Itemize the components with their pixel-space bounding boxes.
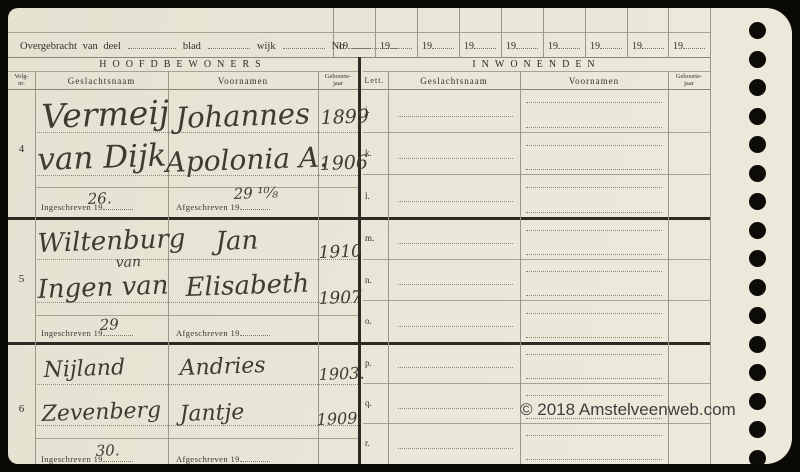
volgnr-value: 5 xyxy=(8,273,35,285)
letter-row-label: l. xyxy=(365,191,387,201)
section-title-inwonenden: INWONENDEN xyxy=(363,59,710,70)
punch-hole xyxy=(749,136,766,153)
ingeschreven-value: 26. xyxy=(87,191,111,207)
entry-geboortejaar: 1910 xyxy=(318,244,362,262)
volgnr-value: 4 xyxy=(8,143,35,155)
grid-line xyxy=(668,8,669,57)
column-header-geboortejaar-right: Geboorte- jaar xyxy=(668,73,710,87)
afgeschreven-label: Afgeschreven 19 xyxy=(176,326,270,338)
fill-in-line xyxy=(128,39,176,49)
writing-line xyxy=(398,201,513,202)
entry-geslachtsnaam: Zevenberg xyxy=(41,400,161,426)
year-cell: 19 xyxy=(380,39,412,57)
letter-row-label: k. xyxy=(365,148,387,158)
entry-geslachtsnaam: Nijland xyxy=(43,357,125,382)
column-header-geslachtsnaam-left: Geslachtsnaam xyxy=(35,76,168,86)
entry-geslachtsnaam: Vermeij xyxy=(41,96,170,133)
writing-line xyxy=(526,354,662,355)
writing-line xyxy=(398,367,513,368)
entry-voornamen: Elisabeth xyxy=(185,271,310,301)
writing-line xyxy=(526,295,662,296)
fill-in-line xyxy=(516,39,538,49)
letter-row-label: m. xyxy=(365,233,387,243)
grid-line xyxy=(388,71,389,464)
writing-line xyxy=(398,284,513,285)
entry-geboortejaar: 1907 xyxy=(318,290,362,308)
column-header-geslachtsnaam-right: Geslachtsnaam xyxy=(388,76,520,86)
afgeschreven-value: 29 ¹⁰⁄₈ xyxy=(233,185,278,202)
punch-hole xyxy=(749,51,766,68)
grid-line xyxy=(363,383,710,384)
year-cell: 19 xyxy=(548,39,580,57)
table-right-border xyxy=(710,8,711,464)
transfer-label-blad: blad xyxy=(183,41,201,52)
writing-line xyxy=(526,395,662,396)
fill-in-line xyxy=(283,39,325,49)
writing-line xyxy=(526,459,662,460)
fill-in-line xyxy=(208,39,250,49)
punch-hole xyxy=(749,193,766,210)
writing-line xyxy=(35,384,358,385)
entry-geslachtsnaam: Wiltenburg xyxy=(37,226,186,257)
section-title-hoofdbewoners: HOOFDBEWONERS xyxy=(8,59,358,70)
grid-line xyxy=(35,71,36,464)
fill-in-line xyxy=(558,39,580,49)
grid-line xyxy=(627,8,628,57)
population-register-card: Overgebracht van deel blad wijk No 19 19… xyxy=(8,8,792,464)
ingeschreven-value: 30. xyxy=(95,443,119,459)
writing-line xyxy=(526,337,662,338)
grid-line xyxy=(363,174,710,175)
letter-row-label: j. xyxy=(365,105,387,115)
fill-in-line xyxy=(240,326,270,336)
year-cell: 19 xyxy=(464,39,496,57)
entry-geboortejaar: 1909. xyxy=(316,410,362,428)
letter-row-label: r. xyxy=(365,438,387,448)
punch-hole xyxy=(749,336,766,353)
year-cell: 19 xyxy=(632,39,664,57)
grid-line xyxy=(363,71,710,72)
punch-hole xyxy=(749,393,766,410)
punch-hole xyxy=(749,165,766,182)
writing-line xyxy=(526,127,662,128)
entry-geboortejaar: 1899 xyxy=(320,107,369,128)
copyright-watermark: © 2018 Amstelveenweb.com xyxy=(520,400,736,420)
column-header-lett: Lett. xyxy=(361,76,388,85)
punch-hole xyxy=(749,307,766,324)
punch-hole xyxy=(749,250,766,267)
entry-voornamen: Jan xyxy=(215,228,259,255)
fill-in-line xyxy=(432,39,454,49)
punch-hole xyxy=(749,279,766,296)
entry-voornamen: Andries xyxy=(179,355,266,380)
writing-line xyxy=(398,326,513,327)
writing-line xyxy=(398,158,513,159)
volgnr-value: 6 xyxy=(8,403,35,415)
letter-row-label: p. xyxy=(365,358,387,368)
writing-line xyxy=(526,102,662,103)
grid-line xyxy=(318,71,319,464)
grid-line xyxy=(35,438,358,439)
grid-line xyxy=(501,8,502,57)
entry-geslachtsnaam-prefix: van xyxy=(116,255,142,270)
grid-line xyxy=(8,32,710,33)
entry-voornamen: Johannes xyxy=(175,99,310,133)
column-header-voornamen-left: Voornamen xyxy=(168,76,318,86)
year-cell: 19 xyxy=(422,39,454,57)
writing-line xyxy=(526,378,662,379)
grid-line xyxy=(35,315,358,316)
transfer-label-deel: Overgebracht van deel xyxy=(20,41,121,52)
writing-line xyxy=(526,254,662,255)
grid-line xyxy=(363,132,710,133)
punch-hole xyxy=(749,421,766,438)
grid-line xyxy=(585,8,586,57)
column-header-geboortejaar-left: Geboorte- jaar xyxy=(318,73,358,87)
fill-in-line xyxy=(642,39,664,49)
year-cell: 19 xyxy=(590,39,622,57)
writing-line xyxy=(398,408,513,409)
ingeschreven-value: 29 xyxy=(99,317,119,333)
grid-line xyxy=(363,300,710,301)
punch-hole xyxy=(749,79,766,96)
punch-hole xyxy=(749,222,766,239)
writing-line xyxy=(526,313,662,314)
writing-line xyxy=(398,243,513,244)
afgeschreven-label: Afgeschreven 19 xyxy=(176,452,270,464)
ingeschreven-label: Ingeschreven 19 xyxy=(41,326,133,338)
writing-line xyxy=(398,116,513,117)
entry-geslachtsnaam: Ingen van xyxy=(37,272,169,303)
writing-line xyxy=(35,259,358,260)
punch-hole xyxy=(749,108,766,125)
fill-in-line xyxy=(390,39,412,49)
grid-line xyxy=(363,259,710,260)
grid-line xyxy=(35,187,358,188)
writing-line xyxy=(526,145,662,146)
fill-in-line xyxy=(600,39,622,49)
writing-line xyxy=(526,271,662,272)
year-cell: 19 xyxy=(506,39,538,57)
punch-hole xyxy=(749,22,766,39)
grid-line xyxy=(8,71,358,72)
fill-in-line xyxy=(474,39,496,49)
punch-hole xyxy=(749,364,766,381)
entry-voornamen: Jantje xyxy=(179,402,245,426)
writing-line xyxy=(398,448,513,449)
fill-in-line xyxy=(348,39,370,49)
grid-line xyxy=(417,8,418,57)
entry-geslachtsnaam: van Dijk xyxy=(37,141,167,176)
writing-line xyxy=(526,169,662,170)
writing-line xyxy=(526,212,662,213)
column-header-voornamen-right: Voornamen xyxy=(520,76,668,86)
year-cell: 19 xyxy=(673,39,705,57)
grid-line xyxy=(363,423,710,424)
entry-geboortejaar: 1903. xyxy=(318,365,364,383)
entry-voornamen: Apolonia A. xyxy=(165,143,328,177)
grid-line xyxy=(459,8,460,57)
grid-line xyxy=(543,8,544,57)
column-header-volgnr: Volg- nr. xyxy=(8,73,35,87)
punch-hole xyxy=(749,450,766,464)
letter-row-label: q. xyxy=(365,398,387,408)
writing-line xyxy=(526,187,662,188)
fill-in-line xyxy=(683,39,705,49)
letter-row-label: n. xyxy=(365,275,387,285)
transfer-label-wijk: wijk xyxy=(257,41,276,52)
writing-line xyxy=(526,435,662,436)
writing-line xyxy=(526,230,662,231)
entry-geboortejaar: 1906 xyxy=(319,153,368,174)
year-cell: 19 xyxy=(338,39,370,57)
fill-in-line xyxy=(240,452,270,462)
letter-row-label: o. xyxy=(365,316,387,326)
